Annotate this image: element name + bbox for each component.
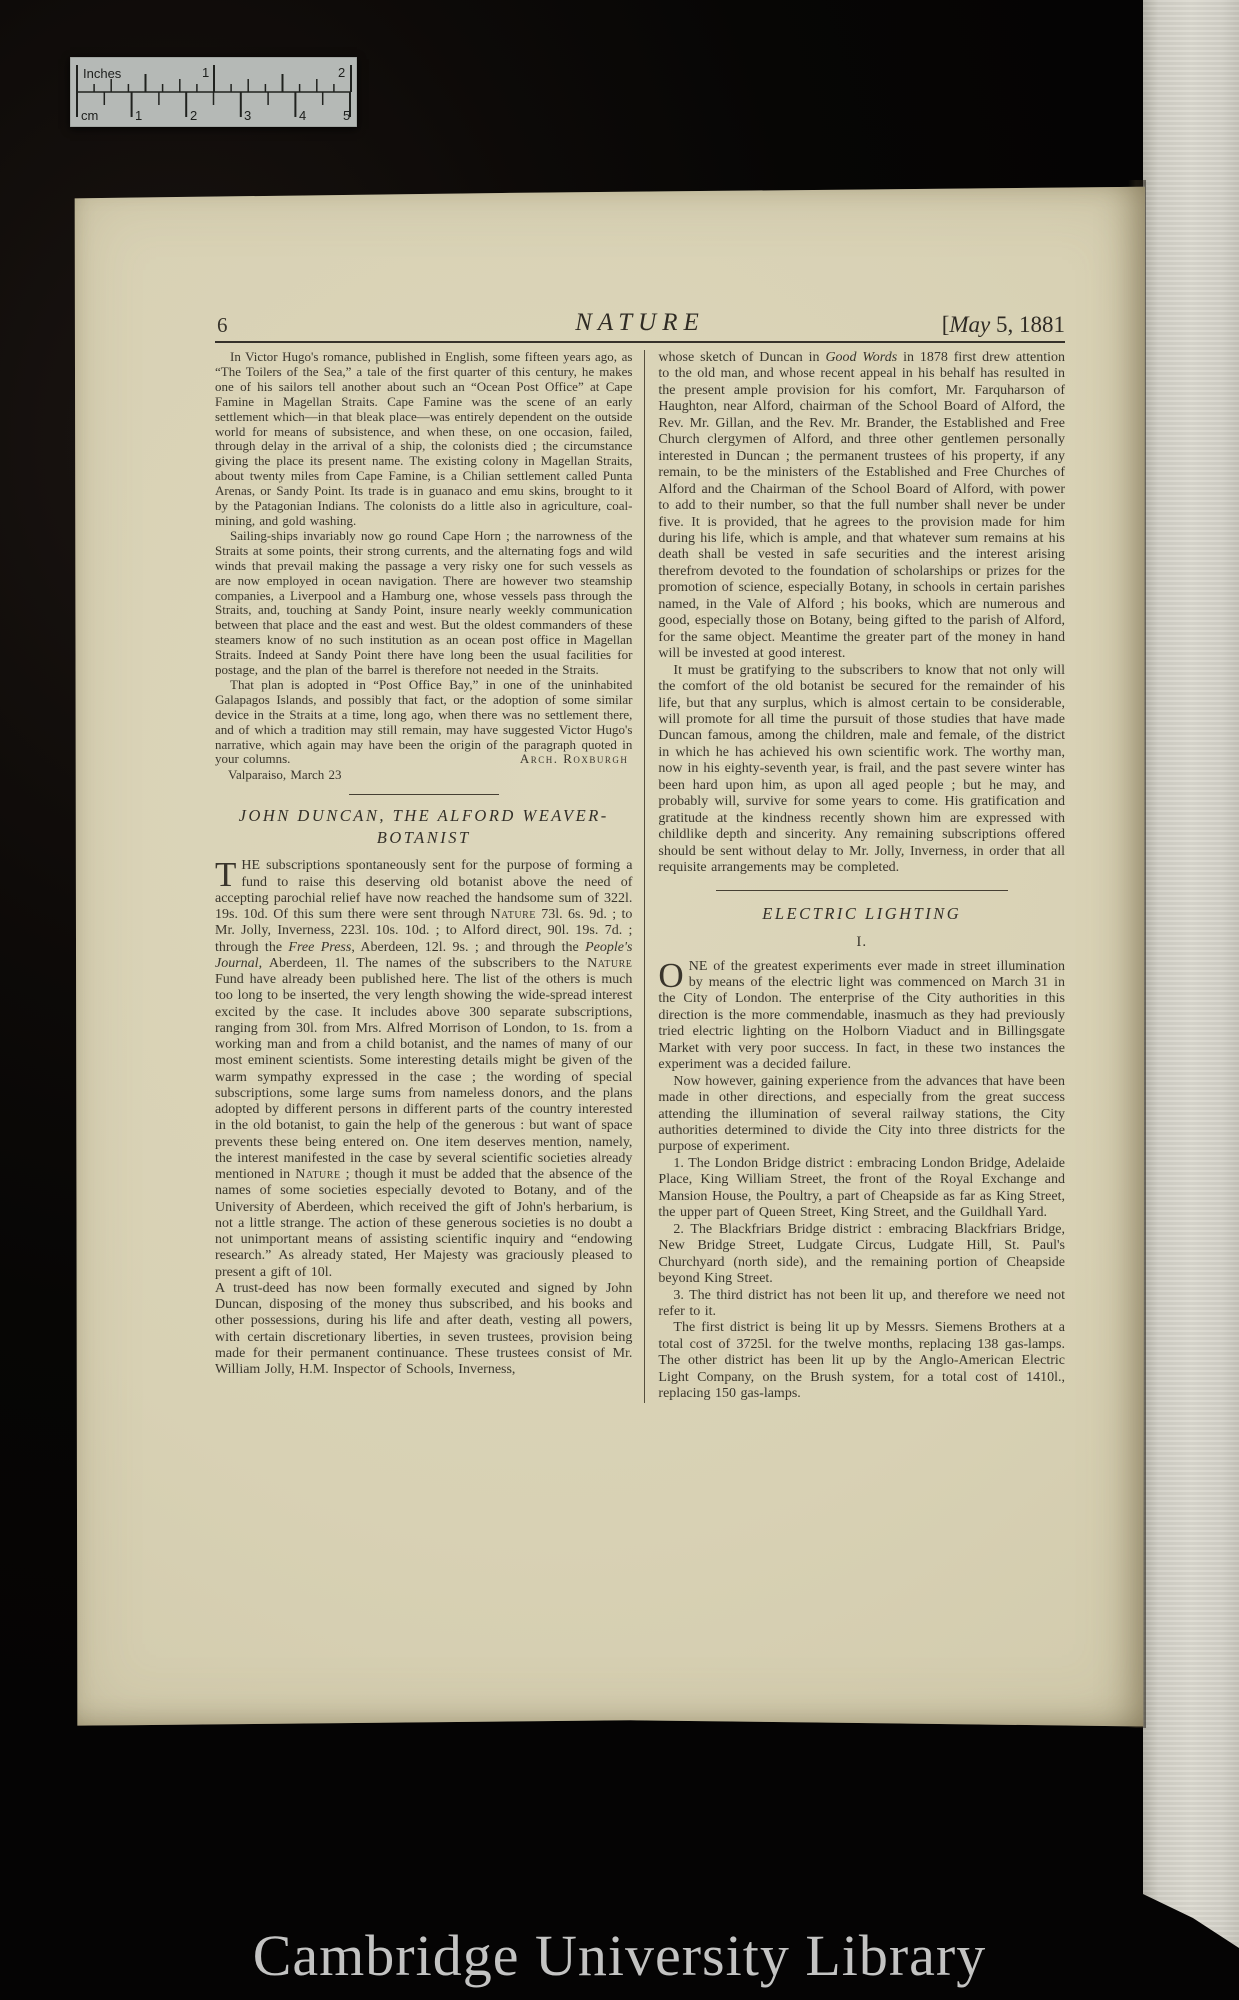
part-number: I. <box>658 934 1065 951</box>
article-paragraph: 1. The London Bridge district : embracin… <box>658 1156 1065 1222</box>
header-rule <box>215 341 1065 343</box>
ruler-cm-4: 4 <box>299 108 306 123</box>
page-columns: In Victor Hugo's romance, published in E… <box>215 350 1065 1403</box>
article-paragraph: The first district is being lit up by Me… <box>658 1320 1065 1402</box>
letter-paragraph: In Victor Hugo's romance, published in E… <box>215 350 632 529</box>
ruler-inch-1: 1 <box>202 65 209 80</box>
journal-page-scan: 6 NATURE [May 5, 1881 In Victor Hugo's r… <box>72 186 1146 1728</box>
article-paragraph: 3. The third district has not been lit u… <box>658 1288 1065 1321</box>
ruler-scale: Inches 1 2 cm 1 2 3 4 5 <box>70 57 357 127</box>
library-watermark: Cambridge University Library <box>0 1922 1239 1989</box>
letter-dateline: Valparaiso, March 23 <box>215 768 632 783</box>
book-fore-edge <box>1143 0 1239 2000</box>
title-line-1: JOHN DUNCAN, THE ALFORD WEAVER- <box>239 806 609 825</box>
ruler-cm-1: 1 <box>135 108 142 123</box>
date-day-year: 5, 1881 <box>990 312 1065 337</box>
title-line-2: BOTANIST <box>377 828 471 847</box>
duncan-article: THE subscriptions spontaneously sent for… <box>215 858 632 1378</box>
left-column: In Victor Hugo's romance, published in E… <box>215 350 644 1403</box>
measuring-ruler: Inches 1 2 cm 1 2 3 4 5 <box>70 57 357 127</box>
page-header: 6 NATURE [May 5, 1881 <box>215 298 1065 338</box>
ruler-cm-5: 5 <box>343 108 350 123</box>
ruler-cm-3: 3 <box>244 108 251 123</box>
library-scan-photo: { "colors":{"background":"#0a0807","pape… <box>0 0 1239 2000</box>
ruler-inches-label: Inches <box>83 66 122 81</box>
duncan-article-continued: whose sketch of Duncan in Good Words in … <box>658 350 1065 877</box>
article-paragraph: A trust-deed has now been formally execu… <box>215 1281 632 1379</box>
article-title-electric: ELECTRIC LIGHTING <box>658 903 1065 925</box>
paragraph-text: NE of the greatest experiments ever made… <box>658 959 1065 1073</box>
date-month: May <box>949 312 990 337</box>
journal-title: NATURE <box>215 309 1065 337</box>
article-paragraph: It must be gratifying to the subscribers… <box>658 663 1065 877</box>
drop-cap: T <box>215 858 241 889</box>
right-column: whose sketch of Duncan in Good Words in … <box>644 350 1065 1403</box>
article-title-duncan: JOHN DUNCAN, THE ALFORD WEAVER-BOTANIST <box>215 805 632 849</box>
section-divider <box>716 890 1008 891</box>
article-paragraph: ONE of the greatest experiments ever mad… <box>658 959 1065 1074</box>
issue-date: [May 5, 1881 <box>942 312 1065 338</box>
letter-paragraph: Sailing-ships invariably now go round Ca… <box>215 529 632 678</box>
article-paragraph: 2. The Blackfriars Bridge district : emb… <box>658 1222 1065 1288</box>
drop-cap: O <box>658 959 688 990</box>
section-divider <box>349 794 499 795</box>
letter-to-editor: In Victor Hugo's romance, published in E… <box>215 350 632 783</box>
article-paragraph: THE subscriptions spontaneously sent for… <box>215 858 632 1281</box>
electric-article: ONE of the greatest experiments ever mad… <box>658 959 1065 1403</box>
ruler-cm-label: cm <box>81 108 98 123</box>
article-paragraph: Now however, gaining experience from the… <box>658 1074 1065 1156</box>
paragraph-text: HE subscriptions spontaneously sent for … <box>215 858 632 1279</box>
ruler-cm-2: 2 <box>190 108 197 123</box>
article-paragraph: whose sketch of Duncan in Good Words in … <box>658 350 1065 663</box>
ruler-inch-2: 2 <box>338 65 345 80</box>
